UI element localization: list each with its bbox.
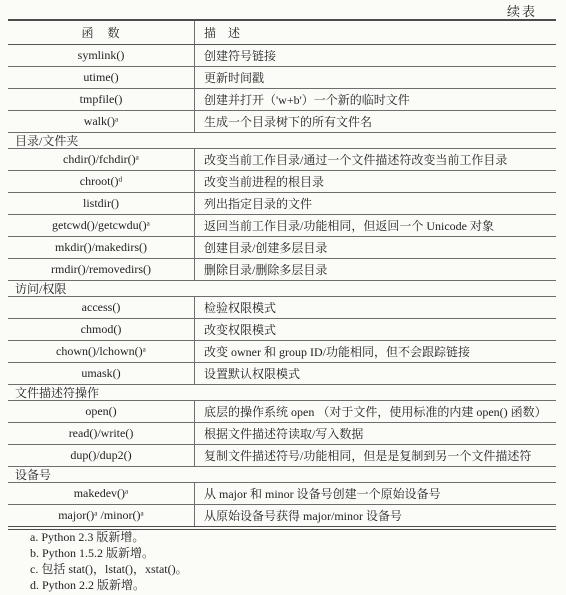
table-rows: symlink()创建符号链接utime()更新时间戳tmpfile()创建并打… bbox=[8, 45, 556, 526]
function-cell: tmpfile() bbox=[8, 89, 195, 110]
table-row: chdir()/fchdir()ᵃ改变当前工作目录/通过一个文件描述符改变当前工… bbox=[8, 149, 556, 171]
function-cell: dup()/dup2() bbox=[8, 445, 195, 466]
os-module-functions-table: 函 数 描 述 symlink()创建符号链接utime()更新时间戳tmpfi… bbox=[8, 19, 556, 530]
function-cell: open() bbox=[8, 401, 195, 422]
table-row: access()检验权限模式 bbox=[8, 297, 556, 319]
function-cell: getcwd()/getcwdu()ᵃ bbox=[8, 215, 195, 236]
function-cell: chown()/lchown()ᵃ bbox=[8, 341, 195, 362]
footnote: c. 包括 stat()，lstat()，xstat()。 bbox=[30, 561, 188, 577]
function-cell: access() bbox=[8, 297, 195, 318]
description-cell: 改变权限模式 bbox=[195, 319, 556, 340]
table-row: mkdir()/makedirs()创建目录/创建多层目录 bbox=[8, 237, 556, 259]
description-cell: 改变当前工作目录/通过一个文件描述符改变当前工作目录 bbox=[195, 149, 556, 170]
book-page: 续表 函 数 描 述 symlink()创建符号链接utime()更新时间戳tm… bbox=[0, 0, 566, 595]
table-row: chmod()改变权限模式 bbox=[8, 319, 556, 341]
description-cell: 返回当前工作目录/功能相同，但返回一个 Unicode 对象 bbox=[195, 215, 556, 236]
table-row: listdir()列出指定目录的文件 bbox=[8, 193, 556, 215]
table-row: major()ᵃ /minor()ᵃ从原始设备号获得 major/minor 设… bbox=[8, 505, 556, 526]
function-cell: chroot()ᵈ bbox=[8, 171, 195, 192]
function-cell: read()/write() bbox=[8, 423, 195, 444]
section-label: 设备号 bbox=[15, 466, 51, 483]
function-cell: chmod() bbox=[8, 319, 195, 340]
description-cell: 根据文件描述符读取/写入数据 bbox=[195, 423, 556, 444]
description-cell: 改变 owner 和 group ID/功能相同，但不会跟踪链接 bbox=[195, 341, 556, 362]
description-cell: 改变当前进程的根目录 bbox=[195, 171, 556, 192]
function-cell: major()ᵃ /minor()ᵃ bbox=[8, 505, 195, 526]
description-cell: 检验权限模式 bbox=[195, 297, 556, 318]
section-label: 访问/权限 bbox=[15, 280, 66, 297]
function-cell: mkdir()/makedirs() bbox=[8, 237, 195, 258]
footnote: a. Python 2.3 版新增。 bbox=[30, 529, 188, 545]
table-row: symlink()创建符号链接 bbox=[8, 45, 556, 67]
function-cell: makedev()ᵃ bbox=[8, 483, 195, 504]
section-header-row: 目录/文件夹 bbox=[8, 133, 556, 149]
table-row: umask()设置默认权限模式 bbox=[8, 363, 556, 385]
function-cell: utime() bbox=[8, 67, 195, 88]
function-cell: chdir()/fchdir()ᵃ bbox=[8, 149, 195, 170]
section-label: 文件描述符操作 bbox=[15, 384, 99, 401]
section-header-row: 设备号 bbox=[8, 467, 556, 483]
description-cell: 从原始设备号获得 major/minor 设备号 bbox=[195, 505, 556, 526]
function-cell: listdir() bbox=[8, 193, 195, 214]
description-cell: 从 major 和 minor 设备号创建一个原始设备号 bbox=[195, 483, 556, 504]
description-cell: 复制文件描述符号/功能相同，但是是复制到另一个文件描述符 bbox=[195, 445, 556, 466]
footnote: d. Python 2.2 版新增。 bbox=[30, 577, 188, 593]
function-cell: umask() bbox=[8, 363, 195, 384]
table-footnotes: a. Python 2.3 版新增。b. Python 1.5.2 版新增。c.… bbox=[30, 529, 188, 593]
continued-table-label: 续表 bbox=[507, 1, 537, 20]
description-cell: 设置默认权限模式 bbox=[195, 363, 556, 384]
table-row: rmdir()/removedirs()删除目录/删除多层目录 bbox=[8, 259, 556, 281]
table-row: chown()/lchown()ᵃ改变 owner 和 group ID/功能相… bbox=[8, 341, 556, 363]
table-row: utime()更新时间戳 bbox=[8, 67, 556, 89]
table-row: makedev()ᵃ从 major 和 minor 设备号创建一个原始设备号 bbox=[8, 483, 556, 505]
table-row: getcwd()/getcwdu()ᵃ返回当前工作目录/功能相同，但返回一个 U… bbox=[8, 215, 556, 237]
table-row: tmpfile()创建并打开（'w+b'）一个新的临时文件 bbox=[8, 89, 556, 111]
section-header-row: 访问/权限 bbox=[8, 281, 556, 297]
footnote: b. Python 1.5.2 版新增。 bbox=[30, 545, 188, 561]
column-header-description: 描 述 bbox=[195, 21, 556, 44]
description-cell: 生成一个目录树下的所有文件名 bbox=[195, 111, 556, 132]
table-row: open()底层的操作系统 open （对于文件，使用标准的内建 open() … bbox=[8, 401, 556, 423]
table-row: walk()ᵃ生成一个目录树下的所有文件名 bbox=[8, 111, 556, 133]
section-header-row: 文件描述符操作 bbox=[8, 385, 556, 401]
column-header-function: 函 数 bbox=[8, 21, 195, 44]
description-cell: 更新时间戳 bbox=[195, 67, 556, 88]
description-cell: 底层的操作系统 open （对于文件，使用标准的内建 open() 函数） bbox=[195, 401, 556, 422]
function-cell: rmdir()/removedirs() bbox=[8, 259, 195, 280]
description-cell: 创建并打开（'w+b'）一个新的临时文件 bbox=[195, 89, 556, 110]
description-cell: 删除目录/删除多层目录 bbox=[195, 259, 556, 280]
description-cell: 列出指定目录的文件 bbox=[195, 193, 556, 214]
description-cell: 创建符号链接 bbox=[195, 45, 556, 66]
table-row: read()/write()根据文件描述符读取/写入数据 bbox=[8, 423, 556, 445]
table-row: chroot()ᵈ改变当前进程的根目录 bbox=[8, 171, 556, 193]
section-label: 目录/文件夹 bbox=[15, 132, 78, 149]
table-row: dup()/dup2()复制文件描述符号/功能相同，但是是复制到另一个文件描述符 bbox=[8, 445, 556, 467]
description-cell: 创建目录/创建多层目录 bbox=[195, 237, 556, 258]
function-cell: walk()ᵃ bbox=[8, 111, 195, 132]
table-header-row: 函 数 描 述 bbox=[8, 21, 556, 45]
function-cell: symlink() bbox=[8, 45, 195, 66]
